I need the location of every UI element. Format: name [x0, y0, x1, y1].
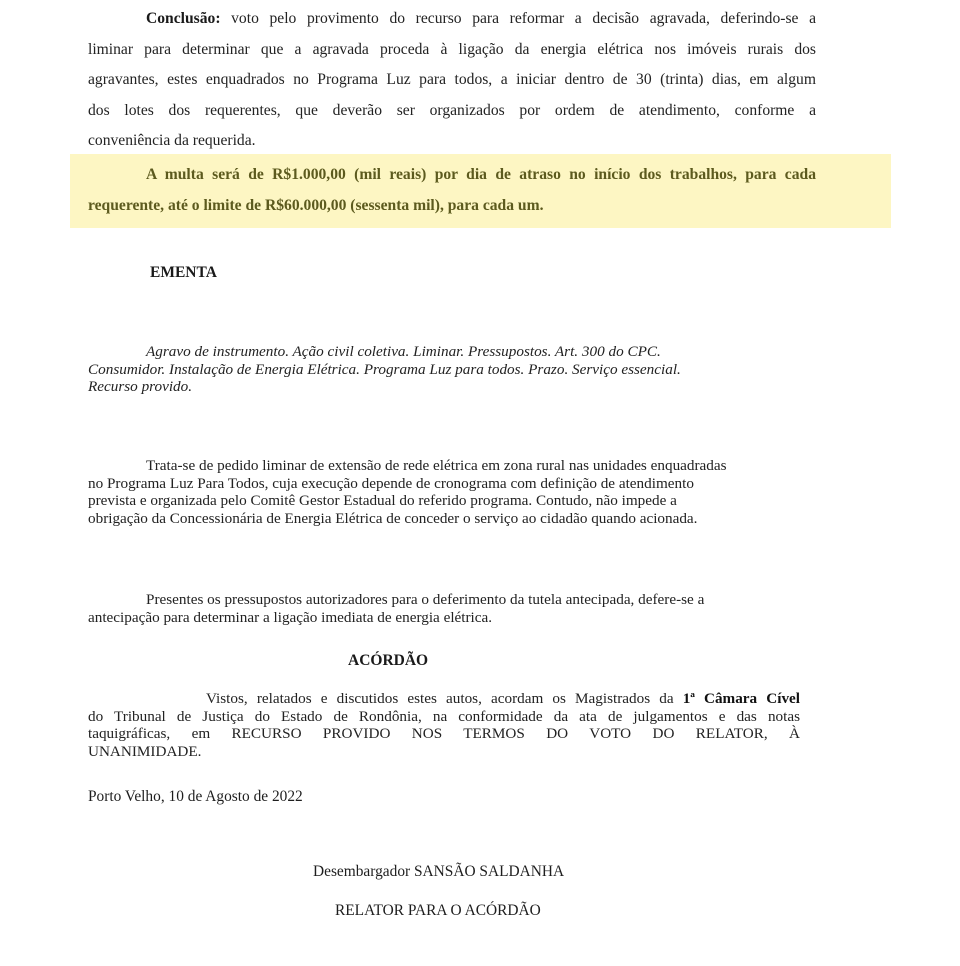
paragraph-line: no Programa Luz Para Todos, cuja execuçã…: [88, 475, 727, 493]
conclusao-line: agravantes, estes enquadrados no Program…: [88, 65, 816, 96]
ementa-summary: Agravo de instrumento. Ação civil coleti…: [88, 343, 681, 396]
conclusao-line: liminar para determinar que a agravada p…: [88, 35, 816, 66]
acordao-line: taquigráficas, em RECURSO PROVIDO NOS TE…: [88, 725, 800, 743]
conclusao-paragraph: Conclusão: voto pelo provimento do recur…: [88, 4, 816, 157]
signature-role: RELATOR PARA O ACÓRDÃO: [335, 902, 541, 920]
conclusao-line: conveniência da requerida.: [88, 126, 816, 157]
paragraph-line: obrigação da Concessionária de Energia E…: [88, 510, 727, 528]
acordao-line: UNANIMIDADE.: [88, 743, 800, 761]
ementa-summary-line: Consumidor. Instalação de Energia Elétri…: [88, 361, 681, 379]
multa-line: A multa será de R$1.000,00 (mil reais) p…: [88, 159, 816, 190]
paragraph-line: prevista e organizada pelo Comitê Gestor…: [88, 492, 727, 510]
signature-name: Desembargador SANSÃO SALDANHA: [313, 863, 564, 881]
multa-paragraph: A multa será de R$1.000,00 (mil reais) p…: [88, 159, 816, 221]
acordao-line: do Tribunal de Justiça do Estado de Rond…: [88, 708, 800, 726]
paragraph-line: Trata-se de pedido liminar de extensão d…: [88, 457, 727, 475]
paragraph-line: antecipação para determinar a ligação im…: [88, 609, 704, 627]
conclusao-label: Conclusão:: [146, 10, 221, 27]
ementa-heading: EMENTA: [150, 264, 217, 282]
acordao-heading: ACÓRDÃO: [348, 652, 428, 670]
ementa-summary-line: Agravo de instrumento. Ação civil coleti…: [88, 343, 681, 361]
acordao-paragraph: Vistos, relatados e discutidos estes aut…: [88, 690, 800, 760]
camara-name: 1ª Câmara Cível: [683, 690, 800, 707]
multa-line: requerente, até o limite de R$60.000,00 …: [88, 190, 816, 221]
conclusao-line: Conclusão: voto pelo provimento do recur…: [88, 4, 816, 35]
ementa-paragraph-1: Trata-se de pedido liminar de extensão d…: [88, 457, 727, 527]
conclusao-line: dos lotes dos requerentes, que deverão s…: [88, 96, 816, 127]
ementa-summary-line: Recurso provido.: [88, 378, 681, 396]
paragraph-line: Presentes os pressupostos autorizadores …: [88, 591, 704, 609]
ementa-paragraph-2: Presentes os pressupostos autorizadores …: [88, 591, 704, 626]
acordao-line: Vistos, relatados e discutidos estes aut…: [88, 690, 800, 708]
place-date: Porto Velho, 10 de Agosto de 2022: [88, 788, 303, 806]
document-page: Conclusão: voto pelo provimento do recur…: [0, 0, 960, 966]
